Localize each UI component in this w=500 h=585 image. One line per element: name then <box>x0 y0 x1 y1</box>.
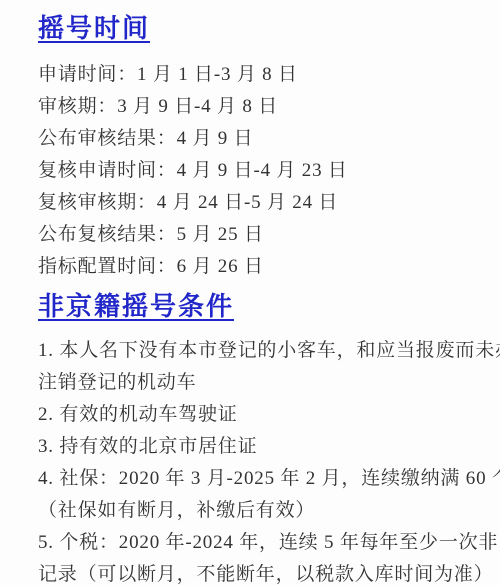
recheck-result-line: 公布复核结果：5 月 25 日 <box>38 219 484 251</box>
apply-time-line: 申请时间：1 月 1 日-3 月 8 日 <box>38 59 484 91</box>
recheck-period-line: 复核审核期：4 月 24 日-5 月 24 日 <box>38 187 484 219</box>
condition-4-line-2: （社保如有断月，补缴后有效） <box>38 495 484 527</box>
review-result-line: 公布审核结果：4 月 9 日 <box>38 123 484 155</box>
recheck-apply-line: 复核申请时间：4 月 9 日-4 月 23 日 <box>38 155 484 187</box>
quota-allocation-line: 指标配置时间：6 月 26 日 <box>38 251 484 283</box>
condition-2-line: 2. 有效的机动车驾驶证 <box>38 399 484 431</box>
review-period-line: 审核期：3 月 9 日-4 月 8 日 <box>38 91 484 123</box>
article-page: 摇号时间 申请时间：1 月 1 日-3 月 8 日 审核期：3 月 9 日-4 … <box>0 0 500 585</box>
condition-3-line: 3. 持有效的北京市居住证 <box>38 431 484 463</box>
condition-1-line-2: 注销登记的机动车 <box>38 367 484 399</box>
section-title-row: 摇号时间 <box>38 12 484 46</box>
section-non-beijing-conditions: 非京籍摇号条件 1. 本人名下没有本市登记的小客车，和应当报废而未办理 注销登记… <box>38 290 484 585</box>
condition-1-line-1: 1. 本人名下没有本市登记的小客车，和应当报废而未办理 <box>38 335 484 367</box>
condition-5-line-1: 5. 个税：2020 年-2024 年，连续 5 年每年至少一次非 0 个税 <box>38 527 484 559</box>
section-lottery-time: 摇号时间 申请时间：1 月 1 日-3 月 8 日 审核期：3 月 9 日-4 … <box>38 12 484 283</box>
condition-4-line-1: 4. 社保：2020 年 3 月-2025 年 2 月，连续缴纳满 60 个月 <box>38 463 484 495</box>
condition-5-line-2: 记录（可以断月，不能断年，以税款入库时间为准） <box>38 559 484 585</box>
non-beijing-conditions-title-link[interactable]: 非京籍摇号条件 <box>38 290 234 324</box>
section-title-row: 非京籍摇号条件 <box>38 290 484 324</box>
lottery-time-title-link[interactable]: 摇号时间 <box>38 12 150 46</box>
